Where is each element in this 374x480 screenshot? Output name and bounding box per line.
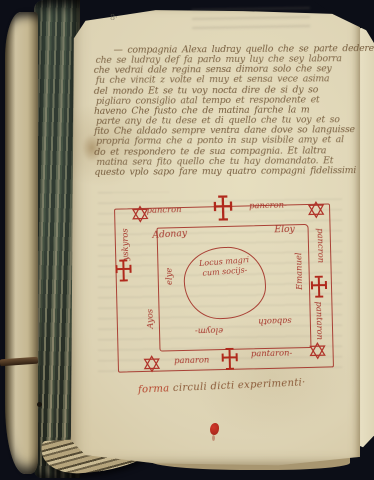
label-eloym: eloym- — [195, 326, 223, 337]
circle-inscription: Locus magricum socijs- — [184, 254, 265, 279]
label-yskyros-left-upper: yskyros — [120, 228, 131, 260]
magic-circle-diagram: pancron pancron- panaron pantaron- yskyr… — [110, 195, 340, 380]
text-line: questo vplo sapo fare muy quatro compagn… — [94, 166, 358, 178]
wormhole-dot — [37, 402, 42, 407]
label-sabaoth: sabaoth — [258, 316, 292, 327]
parchment-cover-edge — [5, 12, 38, 474]
label-pancron-top-right: pancron- — [249, 199, 287, 210]
hexagram-star-icon — [142, 354, 162, 374]
label-pantaron-right-lower: pantaron — [314, 301, 325, 340]
label-panaron-bottom-left: panaron — [174, 354, 209, 365]
label-eloy: Eloy — [274, 224, 295, 235]
ink-bleedthrough-top — [192, 7, 310, 29]
hexagram-star-icon — [306, 200, 326, 220]
label-elye: elye — [163, 268, 173, 286]
label-adonay: Adonay — [152, 228, 187, 241]
red-wax-stain-tail — [212, 435, 215, 441]
manuscript-text-block: — compagnia Alexa ludray quello che se p… — [94, 44, 359, 178]
cross-icon — [310, 275, 329, 297]
label-pancron-right-upper: pancron — [316, 228, 327, 263]
cross-icon — [220, 348, 239, 370]
label-ayos-left-lower: Ayos — [144, 309, 154, 329]
hexagram-star-icon — [307, 341, 327, 361]
manuscript-photograph: 8· — compagnia Alexa ludray quello che s… — [0, 0, 374, 480]
folio-mark: 8· — [110, 13, 118, 22]
label-pantaron-bottom-right: pantaron- — [251, 347, 293, 358]
cross-icon — [114, 259, 133, 281]
label-pancron-top-left: pancron — [147, 204, 182, 215]
cross-icon — [212, 195, 233, 221]
caption-lead-word: forma — [138, 383, 170, 395]
label-emanuel: Emanuel — [293, 252, 304, 290]
